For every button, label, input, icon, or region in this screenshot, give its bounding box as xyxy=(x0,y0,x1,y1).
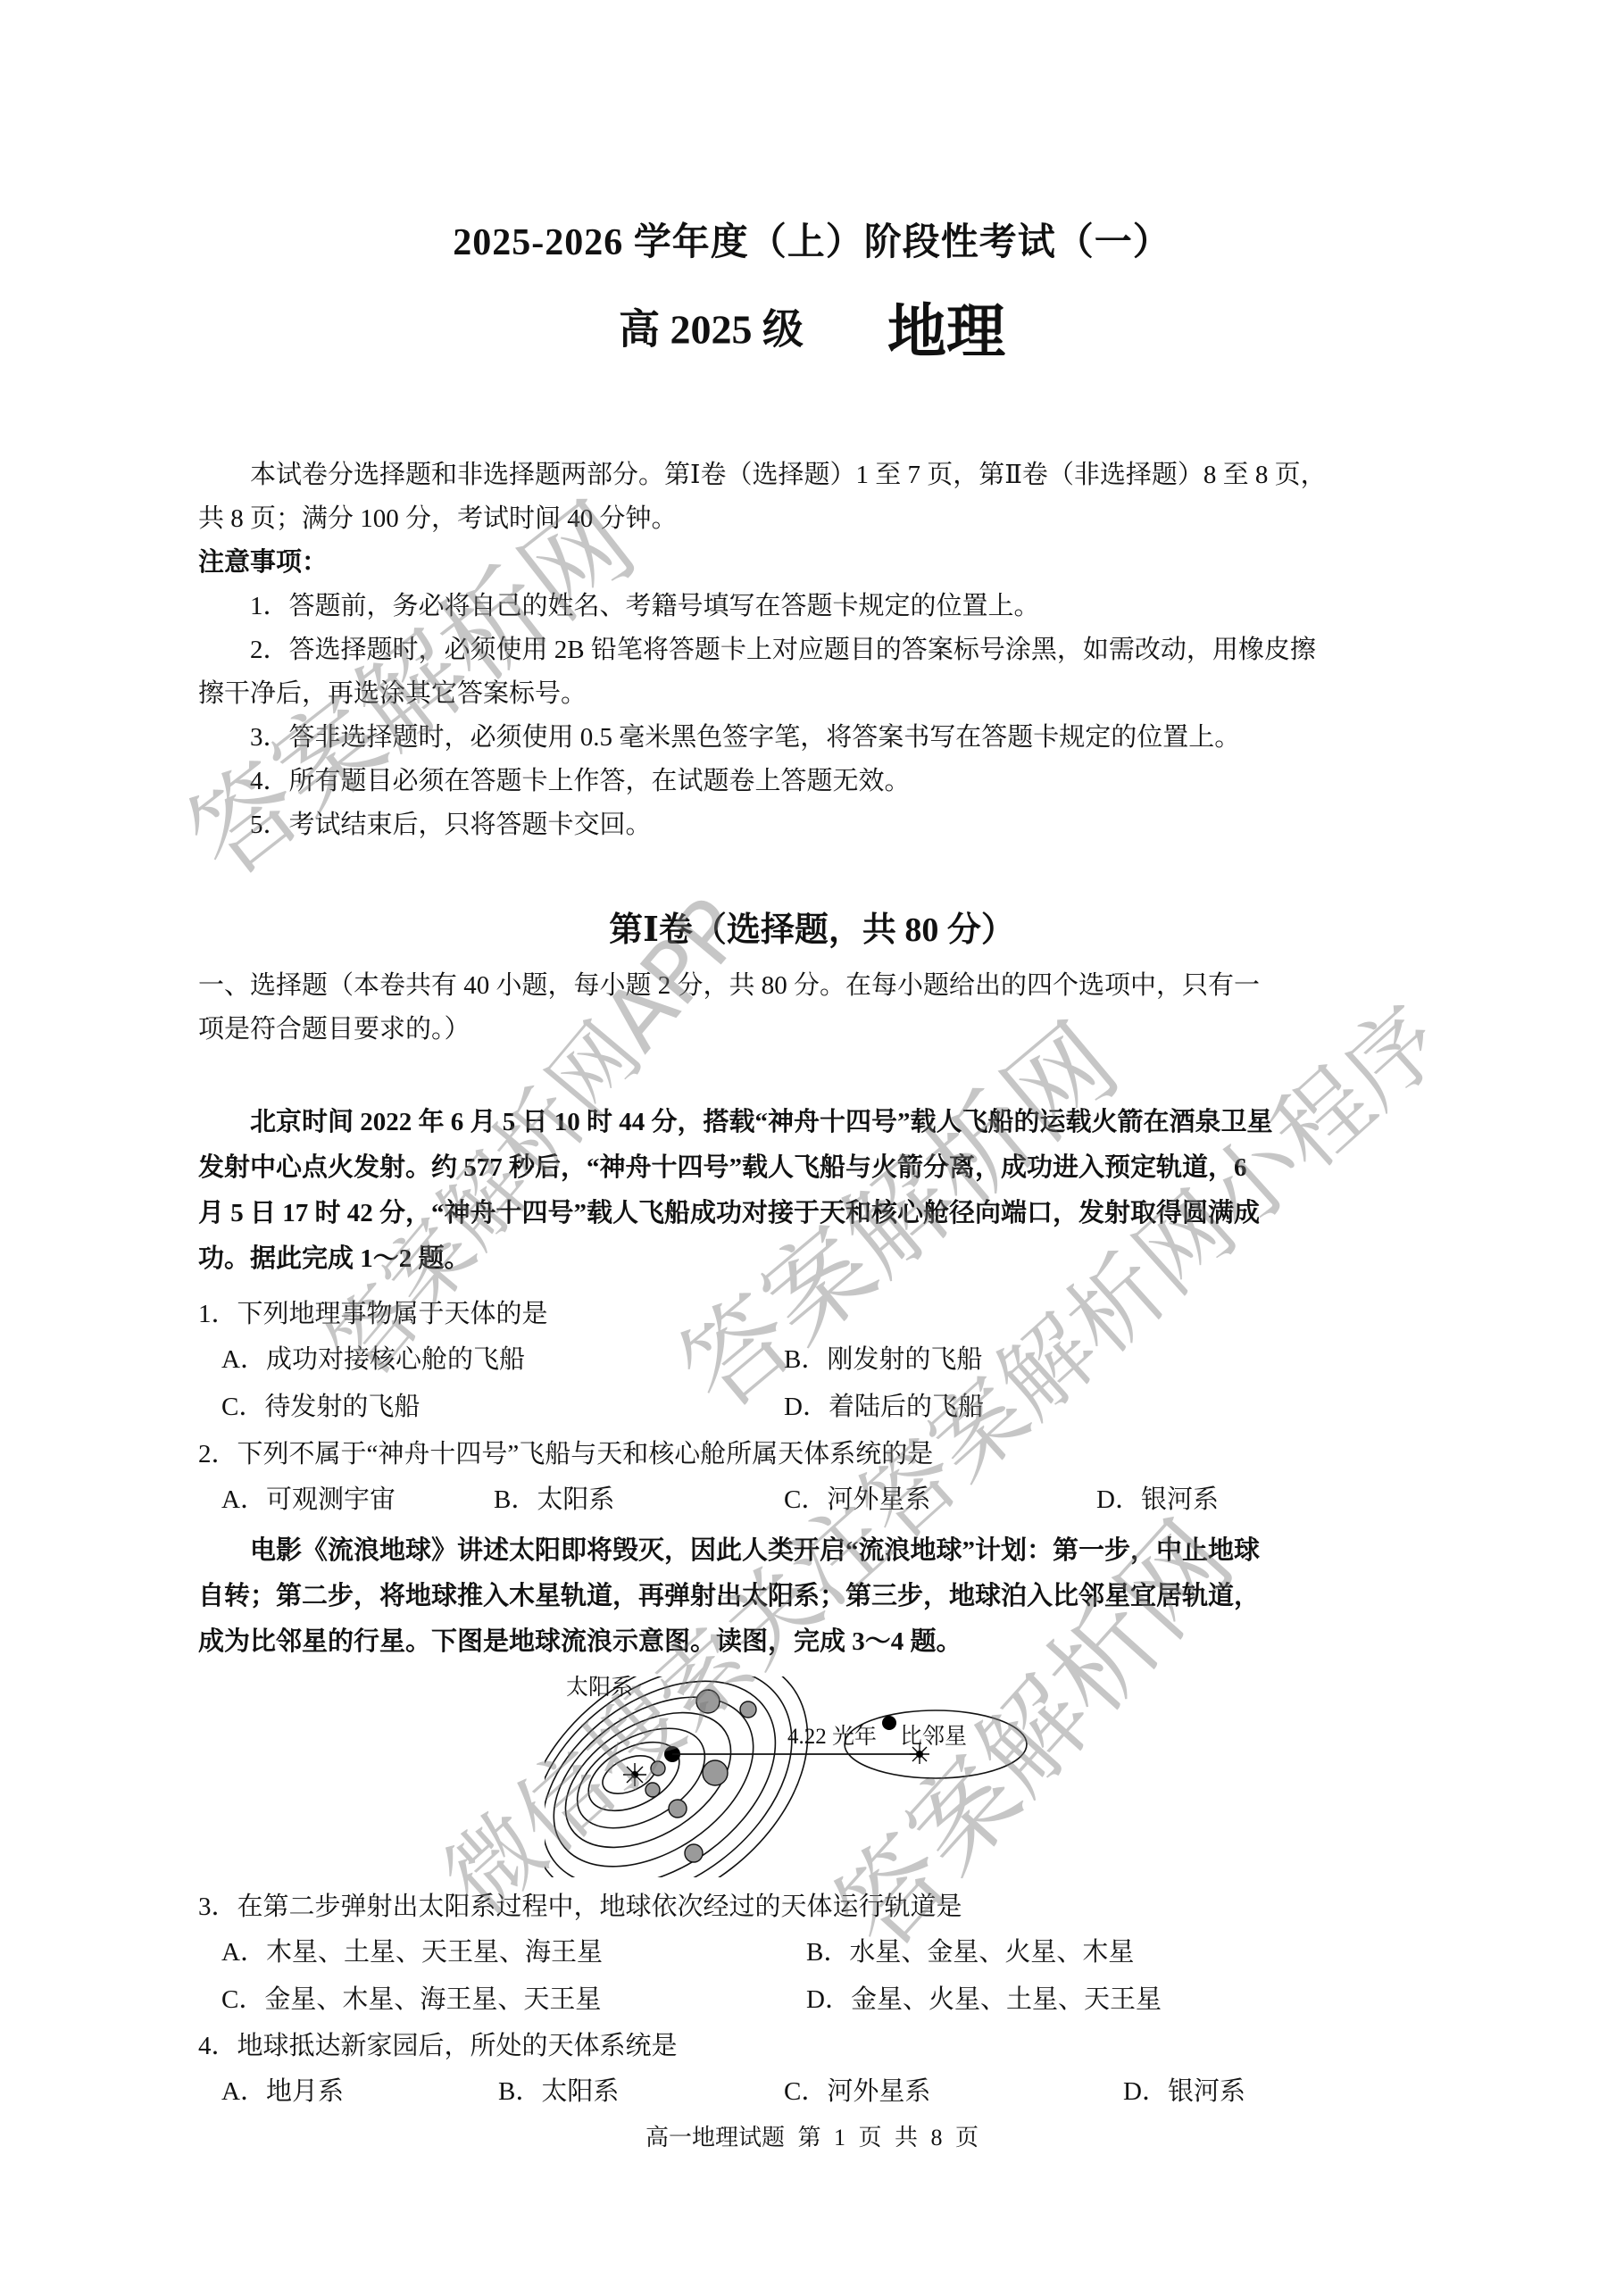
notice-item: 2．答选择题时，必须使用 2B 铅笔将答题卡上对应题目的答案标号涂黑，如需改动，… xyxy=(198,628,1448,672)
passage-line: 北京时间 2022 年 6 月 5 日 10 时 44 分，搭载“神舟十四号”载… xyxy=(198,1100,1448,1145)
notice-item: 5．考试结束后，只将答题卡交回。 xyxy=(198,803,1448,847)
part1-title: 第Ⅰ卷（选择题，共 80 分） xyxy=(0,902,1624,951)
distance-label: 4.22 光年 xyxy=(787,1718,877,1751)
instruction-line-2: 项是符合题目要求的。） xyxy=(198,1008,1448,1052)
option-a[interactable]: A．可观测宇宙 xyxy=(221,1477,494,1524)
question-stem: 1．下列地理事物属于天体的是 xyxy=(198,1293,1448,1336)
planet-icons xyxy=(645,1690,756,1862)
notice-title: 注意事项： xyxy=(198,541,1448,585)
proxima-label: 比邻星 xyxy=(900,1718,967,1751)
passage-line: 电影《流浪地球》讲述太阳即将毁灭，因此人类开启“流浪地球”计划：第一步，中止地球 xyxy=(198,1528,1448,1574)
passage-line: 成为比邻星的行星。下图是地球流浪示意图。读图，完成 3～4 题。 xyxy=(198,1619,1448,1665)
grade-label: 高 2025 级 xyxy=(619,307,804,353)
notice-item: 3．答非选择题时，必须使用 0.5 毫米黑色签字笔，将答案书写在答题卡规定的位置… xyxy=(198,716,1448,760)
question-stem: 2．下列不属于“神舟十四号”飞船与天和核心舱所属天体系统的是 xyxy=(198,1433,1448,1477)
earth-wandering-diagram: 太阳系 4.22 光年 比邻星 xyxy=(545,1676,1116,1882)
option-a[interactable]: A．地月系 xyxy=(221,2068,498,2116)
option-b[interactable]: B．刚发射的飞船 xyxy=(784,1336,982,1384)
option-d[interactable]: D．银河系 xyxy=(1123,2068,1245,2116)
passage-line: 发射中心点火发射。约 577 秒后，“神舟十四号”载人飞船与火箭分离，成功进入预… xyxy=(198,1145,1448,1191)
option-c[interactable]: C．金星、木星、海王星、天王星 xyxy=(221,1976,806,2024)
option-b[interactable]: B．太阳系 xyxy=(498,2068,784,2116)
question-4: 4．地球抵达新家园后，所处的天体系统是 A．地月系 B．太阳系 C．河外星系 D… xyxy=(198,2025,1448,2116)
option-b[interactable]: B．太阳系 xyxy=(494,1477,784,1524)
option-d[interactable]: D．银河系 xyxy=(1096,1477,1219,1524)
intro-line-1: 本试卷分选择题和非选择题两部分。第Ⅰ卷（选择题）1 至 7 页，第Ⅱ卷（非选择题… xyxy=(198,453,1448,497)
part1-instruction: 一、选择题（本卷共有 40 小题，每小题 2 分，共 80 分。在每小题给出的四… xyxy=(198,964,1448,1052)
solar-system-label: 太阳系 xyxy=(566,1669,633,1701)
option-c[interactable]: C．河外星系 xyxy=(784,2068,1123,2116)
passage-line: 自转；第二步，将地球推入木星轨道，再弹射出太阳系；第三步，地球泊入比邻星宜居轨道… xyxy=(198,1574,1448,1619)
subject-label: 地理 xyxy=(887,297,1005,366)
option-a[interactable]: A．成功对接核心舱的飞船 xyxy=(221,1336,784,1384)
question-2: 2．下列不属于“神舟十四号”飞船与天和核心舱所属天体系统的是 A．可观测宇宙 B… xyxy=(198,1433,1448,1524)
passage-1: 北京时间 2022 年 6 月 5 日 10 时 44 分，搭载“神舟十四号”载… xyxy=(198,1100,1448,1282)
intro-description: 本试卷分选择题和非选择题两部分。第Ⅰ卷（选择题）1 至 7 页，第Ⅱ卷（非选择题… xyxy=(198,453,1448,847)
instruction-line-1: 一、选择题（本卷共有 40 小题，每小题 2 分，共 80 分。在每小题给出的四… xyxy=(198,964,1448,1008)
option-a[interactable]: A．木星、土星、天王星、海王星 xyxy=(221,1929,806,1976)
option-d[interactable]: D．金星、火星、土星、天王星 xyxy=(806,1976,1162,2024)
proxima-planet-icon xyxy=(882,1716,896,1730)
question-stem: 3．在第二步弹射出太阳系过程中，地球依次经过的天体运行轨道是 xyxy=(198,1885,1448,1929)
question-1: 1．下列地理事物属于天体的是 A．成功对接核心舱的飞船 B．刚发射的飞船 C．待… xyxy=(198,1293,1448,1431)
intro-line-2: 共 8 页；满分 100 分，考试时间 40 分钟。 xyxy=(198,497,1448,541)
notice-item: 4．所有题目必须在答题卡上作答，在试题卷上答题无效。 xyxy=(198,760,1448,803)
page-footer: 高一地理试题 第 1 页 共 8 页 xyxy=(0,2119,1624,2152)
grade-subject-line: 高 2025 级 地理 xyxy=(0,284,1624,369)
passage-2: 电影《流浪地球》讲述太阳即将毁灭，因此人类开启“流浪地球”计划：第一步，中止地球… xyxy=(198,1528,1448,1665)
question-stem: 4．地球抵达新家园后，所处的天体系统是 xyxy=(198,2025,1448,2068)
passage-line: 功。据此完成 1～2 题。 xyxy=(198,1236,1448,1282)
notice-item-continued: 擦干净后，再选涂其它答案标号。 xyxy=(198,672,1448,716)
solar-system-diagram-svg xyxy=(545,1676,1116,1877)
option-c[interactable]: C．河外星系 xyxy=(784,1477,1096,1524)
option-b[interactable]: B．水星、金星、火星、木星 xyxy=(806,1929,1134,1976)
question-3: 3．在第二步弹射出太阳系过程中，地球依次经过的天体运行轨道是 A．木星、土星、天… xyxy=(198,1885,1448,2024)
passage-line: 月 5 日 17 时 42 分，“神舟十四号”载人飞船成功对接于天和核心舱径向端… xyxy=(198,1191,1448,1236)
option-c[interactable]: C．待发射的飞船 xyxy=(221,1384,784,1431)
option-d[interactable]: D．着陆后的飞船 xyxy=(784,1384,984,1431)
notice-item: 1．答题前，务必将自己的姓名、考籍号填写在答题卡规定的位置上。 xyxy=(198,585,1448,628)
exam-title: 2025-2026 学年度（上）阶段性考试（一） xyxy=(0,212,1624,266)
sun-icon xyxy=(623,1763,646,1786)
